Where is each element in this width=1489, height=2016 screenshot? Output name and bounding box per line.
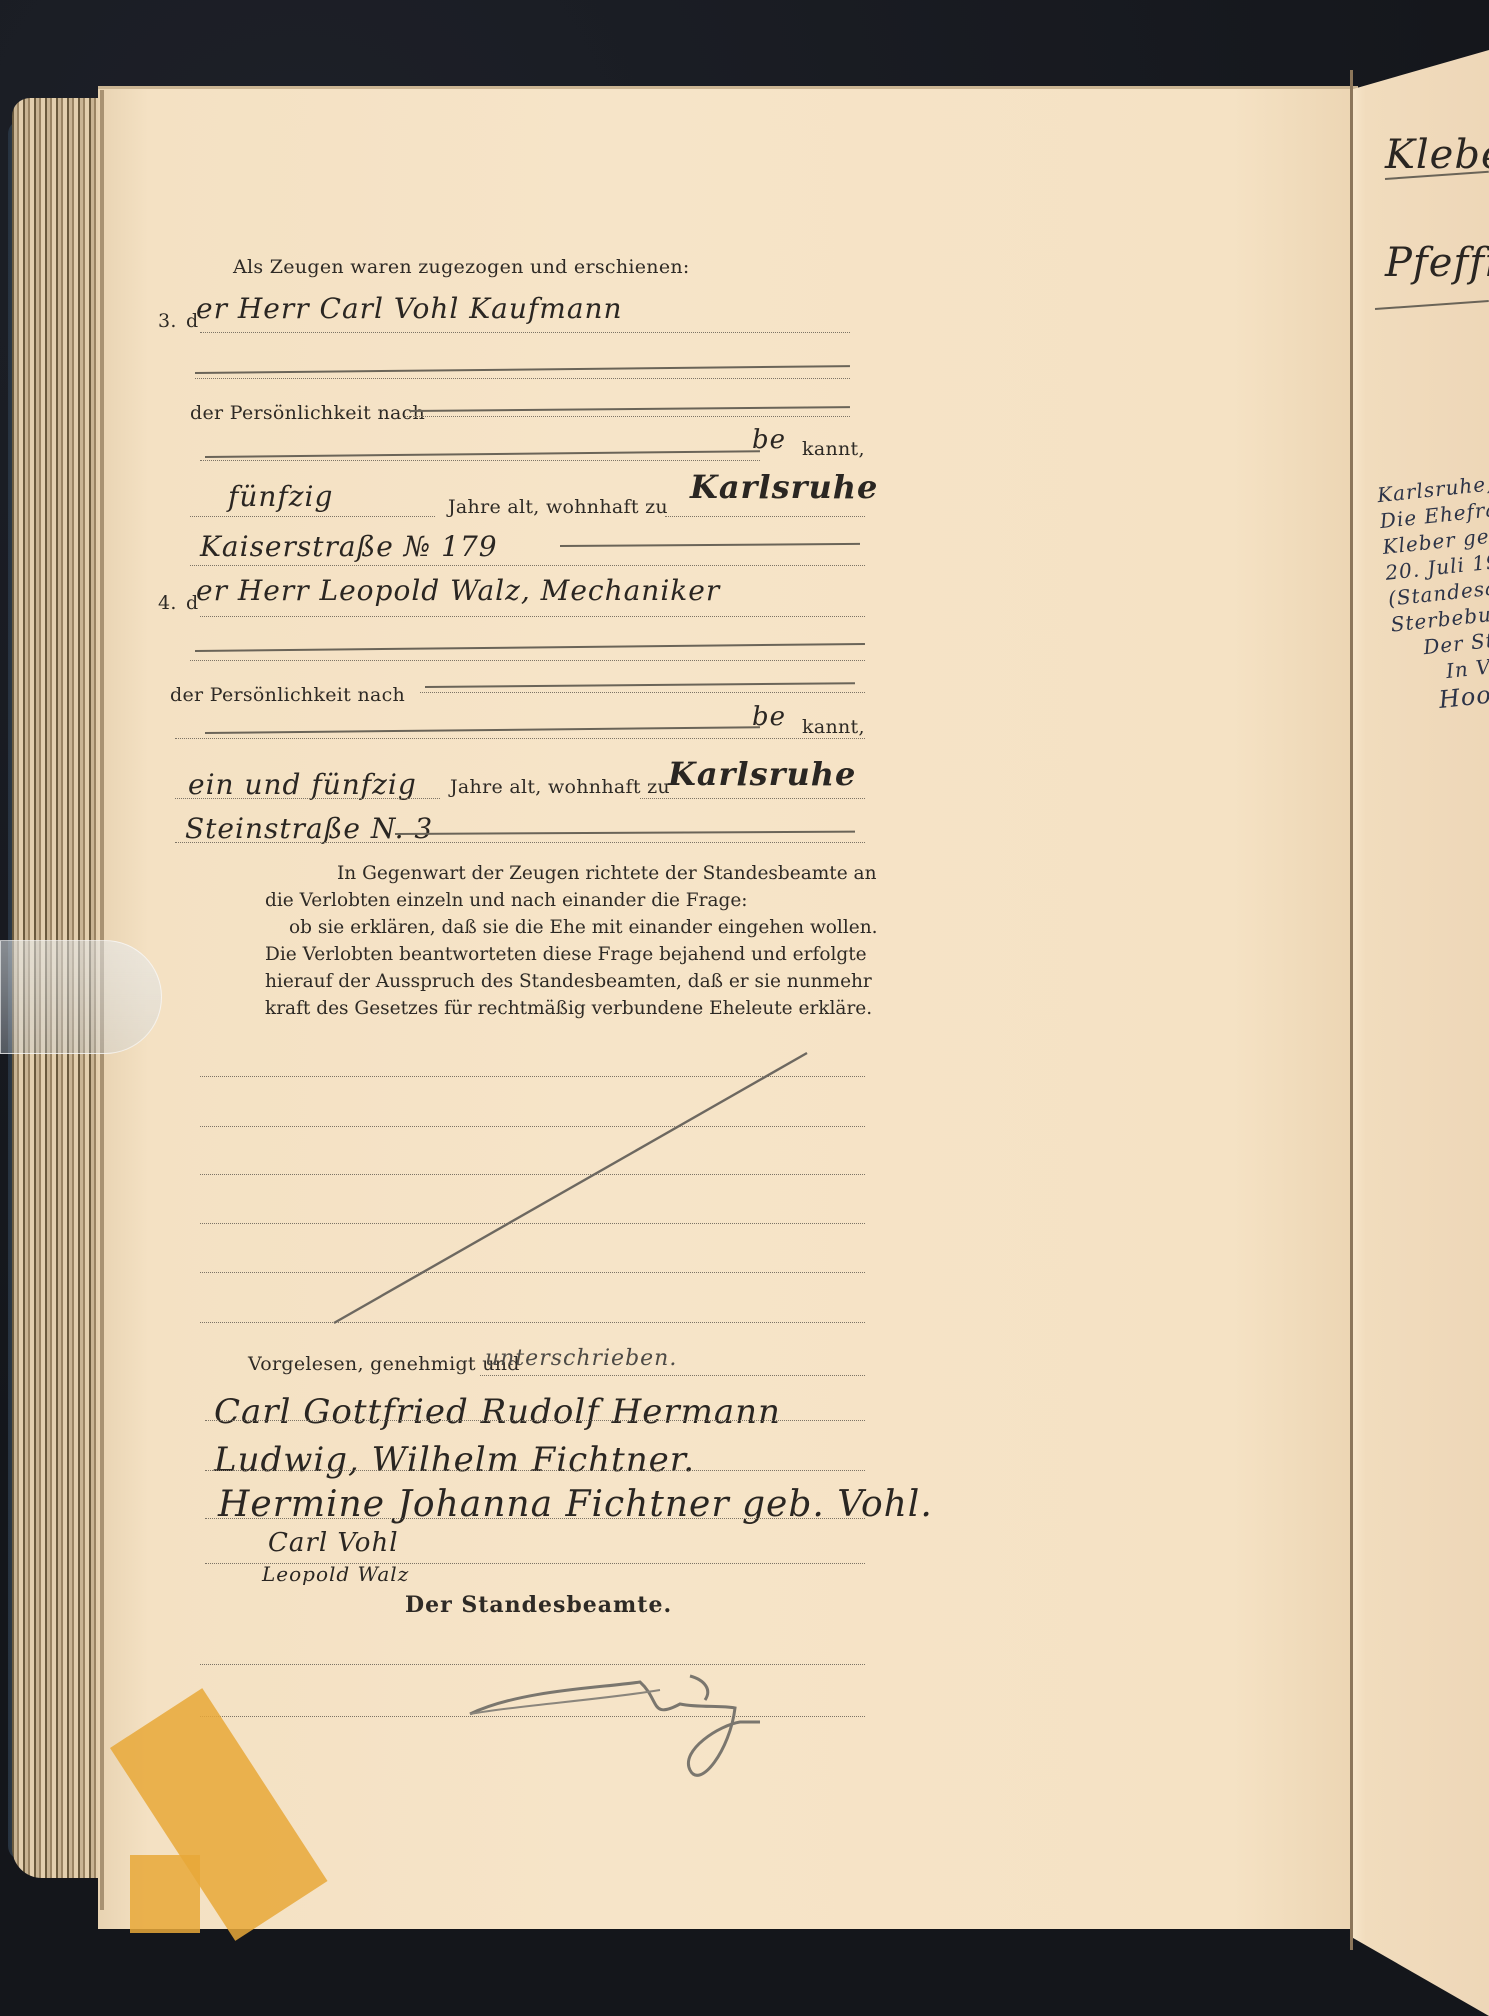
registrar-signature-flourish xyxy=(0,0,1489,2016)
tape-strip xyxy=(130,1855,200,1933)
acrylic-page-clip xyxy=(0,940,162,1054)
facing-page-name-2: Pfeffinger xyxy=(1385,240,1489,286)
